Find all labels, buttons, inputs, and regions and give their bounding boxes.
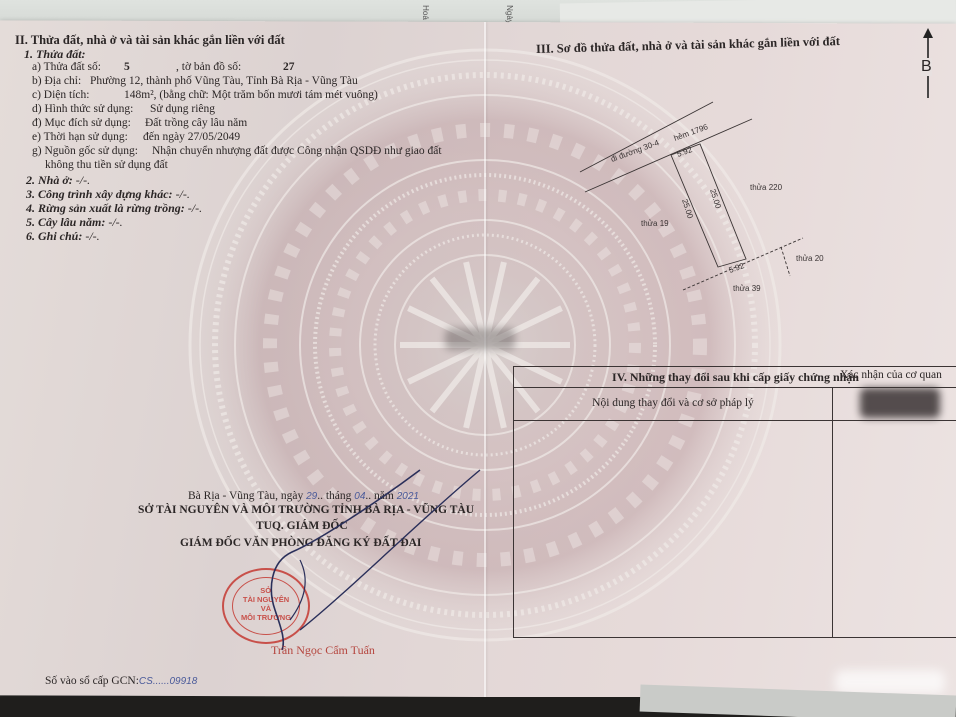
changes-column-content: Nội dung thay đổi và cơ sở pháp lý [514,388,832,420]
redacted-bottom-right [835,670,945,694]
bottom-edge-length: 5.92 [728,261,746,275]
neighbor-parcel-220: thửa 220 [750,183,783,192]
redacted-area [860,388,940,418]
neighbor-parcel-19: thửa 19 [641,219,669,228]
neighbor-parcel-20: thửa 20 [796,254,824,263]
changes-column-confirmation: Xác nhận của cơ quan [840,369,942,381]
right-edge-length: 25.00 [708,188,723,210]
left-edge-length: 25.00 [680,198,695,220]
redacted-center [445,328,515,350]
road-label: đi đường 30-4 [610,138,661,164]
neighbor-parcel-39: thửa 39 [733,284,761,293]
column-divider [832,388,833,637]
